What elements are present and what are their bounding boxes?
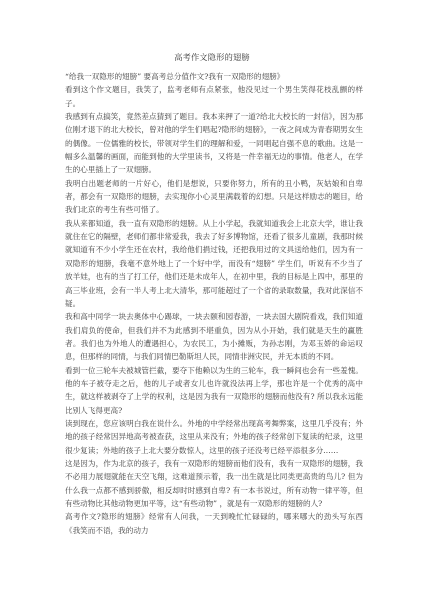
document-title: 高考作文隐形的翅膀 (0, 51, 424, 63)
paragraph-5: 我从来都知道，我一直有双隐形的翅膀。从上小学起，我就知道我会上北京大学，谁让我就… (65, 217, 363, 310)
paragraph-9: 这是因为，作为北京的孩子，我有一双隐形的翅膀而他们没有，我有一双隐形的翅膀，我不… (65, 457, 363, 510)
paragraph-7: 看到一位三轮车夫被城管拦截，要夺下他赖以为生的三轮车，我一瞬间也会有一些羞愧。他… (65, 364, 363, 417)
paragraph-4: 我明白出题老师的一片好心，他们是想说，只要你努力，所有的丑小鸭，灰姑娘和自卑者，… (65, 177, 363, 217)
document-body: “给我一双隐形的翅膀” 要高考总分值作文?我有一双隐形的翅膀》 看到这个作文题目… (65, 70, 363, 537)
document-page: 高考作文隐形的翅膀 “给我一双隐形的翅膀” 要高考总分值作文?我有一双隐形的翅膀… (0, 0, 424, 600)
paragraph-8: 读到现在，您应该明白我在说什么。外地的中学经常出现高考舞弊案，这里几乎没有；外地… (65, 417, 363, 457)
paragraph-3: 我感到有点搞笑，竟然差点猜到了题目。我本来押了一道?给北大校长的一封信》，因为那… (65, 110, 363, 177)
paragraph-1: “给我一双隐形的翅膀” 要高考总分值作文?我有一双隐形的翅膀》 (65, 70, 363, 83)
paragraph-2: 看到这个作文题目，我笑了，监考老师有点紧张，他没见过一个男生笑得花枝乱颤的样子。 (65, 83, 363, 110)
paragraph-10: 高考作文?隐形的翅膀》经常有人问我，一天到晚忙忙碌碌的，哪来哪大的劲头写东西《我… (65, 510, 363, 537)
paragraph-6: 我和高中同学一块去奥体中心踢球，一块去颐和园春游，一块去国大剧院看戏，我们知道我… (65, 310, 363, 363)
